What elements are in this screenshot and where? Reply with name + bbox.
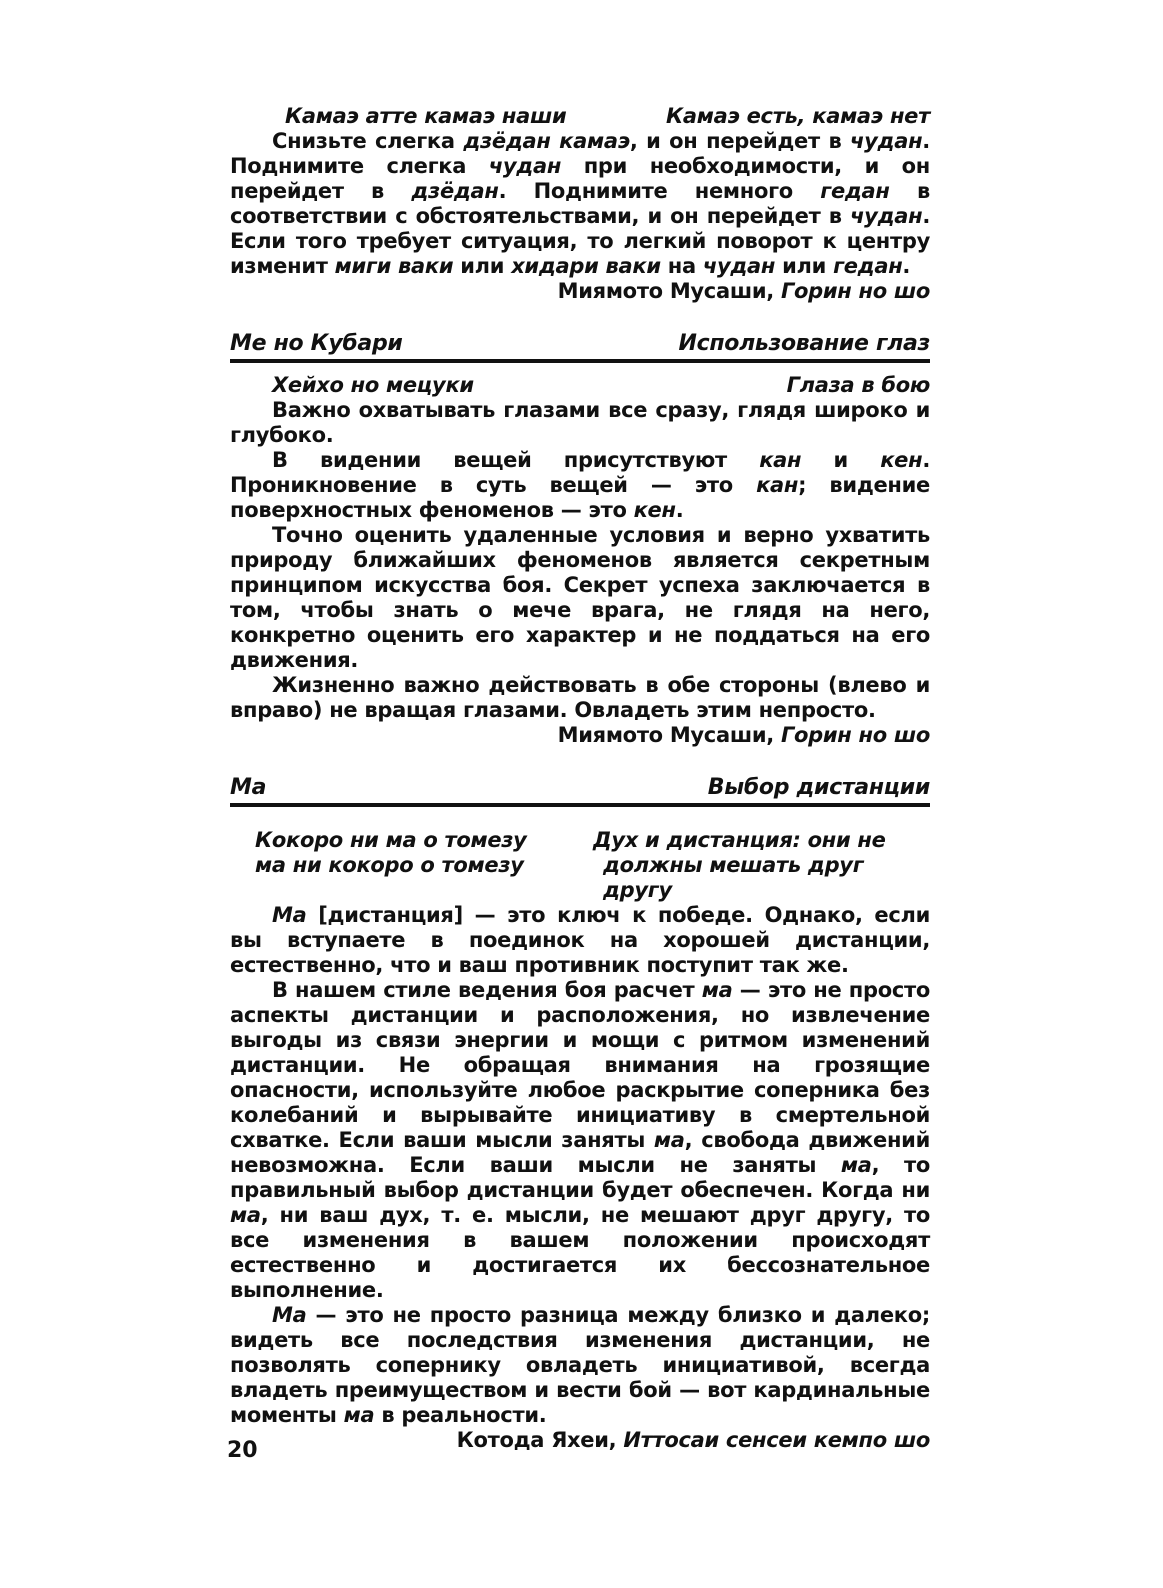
paragraph: Снизьте слегка дзёдан камаэ, и он перейд… [230, 129, 930, 279]
attribution-author: Миямото Мусаши, [558, 723, 774, 747]
section-title-right: Использование глаз [679, 331, 931, 356]
paragraph: В нашем стиле ведения боя расчет ма — эт… [230, 978, 930, 1303]
attribution-author: Миямото Мусаши, [558, 279, 774, 303]
attribution-author: Котода Яхеи, [457, 1428, 617, 1452]
paragraph-group: Ма [дистанция] — это ключ к победе. Одна… [230, 903, 930, 1428]
paragraph-group: Важно охватывать глазами все сразу, гляд… [230, 398, 930, 723]
epigraph-original: Хейхо но мецуки [272, 373, 474, 398]
attribution: Миямото Мусаши,Горин но шо [230, 279, 930, 304]
epigraph-row: Хейхо но мецуки Глаза в бою [230, 373, 930, 398]
epigraph-columns: Кокоро ни ма о томезу ма ни кокоро о том… [230, 828, 930, 903]
paragraph: Точно оценить удаленные условия и верно … [230, 523, 930, 673]
attribution-work-title: Иттосаи сенсеи кемпо шо [623, 1428, 930, 1452]
section-title-left: Ме но Кубари [230, 331, 403, 356]
section-me-no-kubari: Ме но Кубари Использование глаз Хейхо но… [230, 331, 930, 748]
paragraph: Ма [дистанция] — это ключ к победе. Одна… [230, 903, 930, 978]
page-number: 20 [227, 1438, 258, 1463]
book-page: { "page": { "number": "20" }, "colors": … [0, 0, 1163, 1588]
paragraph: В видении вещей присутствуют кан и кен. … [230, 448, 930, 523]
section-header: Ме но Кубари Использование глаз [230, 331, 930, 363]
paragraph: Ма — это не просто разница между близко … [230, 1303, 930, 1428]
paragraph: Важно охватывать глазами все сразу, гляд… [230, 398, 930, 448]
epigraph-translation: Глаза в бою [787, 373, 930, 398]
epigraph-original: Камаэ атте камаэ наши [285, 104, 566, 129]
section-title-right: Выбор дистанции [708, 775, 930, 800]
attribution-work-title: Горин но шо [781, 723, 930, 747]
page-content: Камаэ атте камаэ наши Камаэ есть, камаэ … [230, 104, 930, 1453]
attribution: Миямото Мусаши,Горин но шо [230, 723, 930, 748]
paragraph-group: Снизьте слегка дзёдан камаэ, и он перейд… [230, 129, 930, 279]
section-ma: Ма Выбор дистанции Кокоро ни ма о томезу… [230, 775, 930, 1453]
epigraph-translation: Камаэ есть, камаэ нет [666, 104, 930, 129]
attribution-work-title: Горин но шо [781, 279, 930, 303]
epigraph-translation: Дух и дистанция: они не должны мешать др… [593, 828, 930, 903]
attribution: Котода Яхеи,Иттосаи сенсеи кемпо шо [230, 1428, 930, 1453]
section-header: Ма Выбор дистанции [230, 775, 930, 807]
section-kamae: Камаэ атте камаэ наши Камаэ есть, камаэ … [230, 104, 930, 304]
epigraph-row: Камаэ атте камаэ наши Камаэ есть, камаэ … [230, 104, 930, 129]
section-title-left: Ма [230, 775, 266, 800]
epigraph-original: Кокоро ни ма о томезу ма ни кокоро о том… [255, 828, 527, 903]
paragraph: Жизненно важно действовать в обе стороны… [230, 673, 930, 723]
